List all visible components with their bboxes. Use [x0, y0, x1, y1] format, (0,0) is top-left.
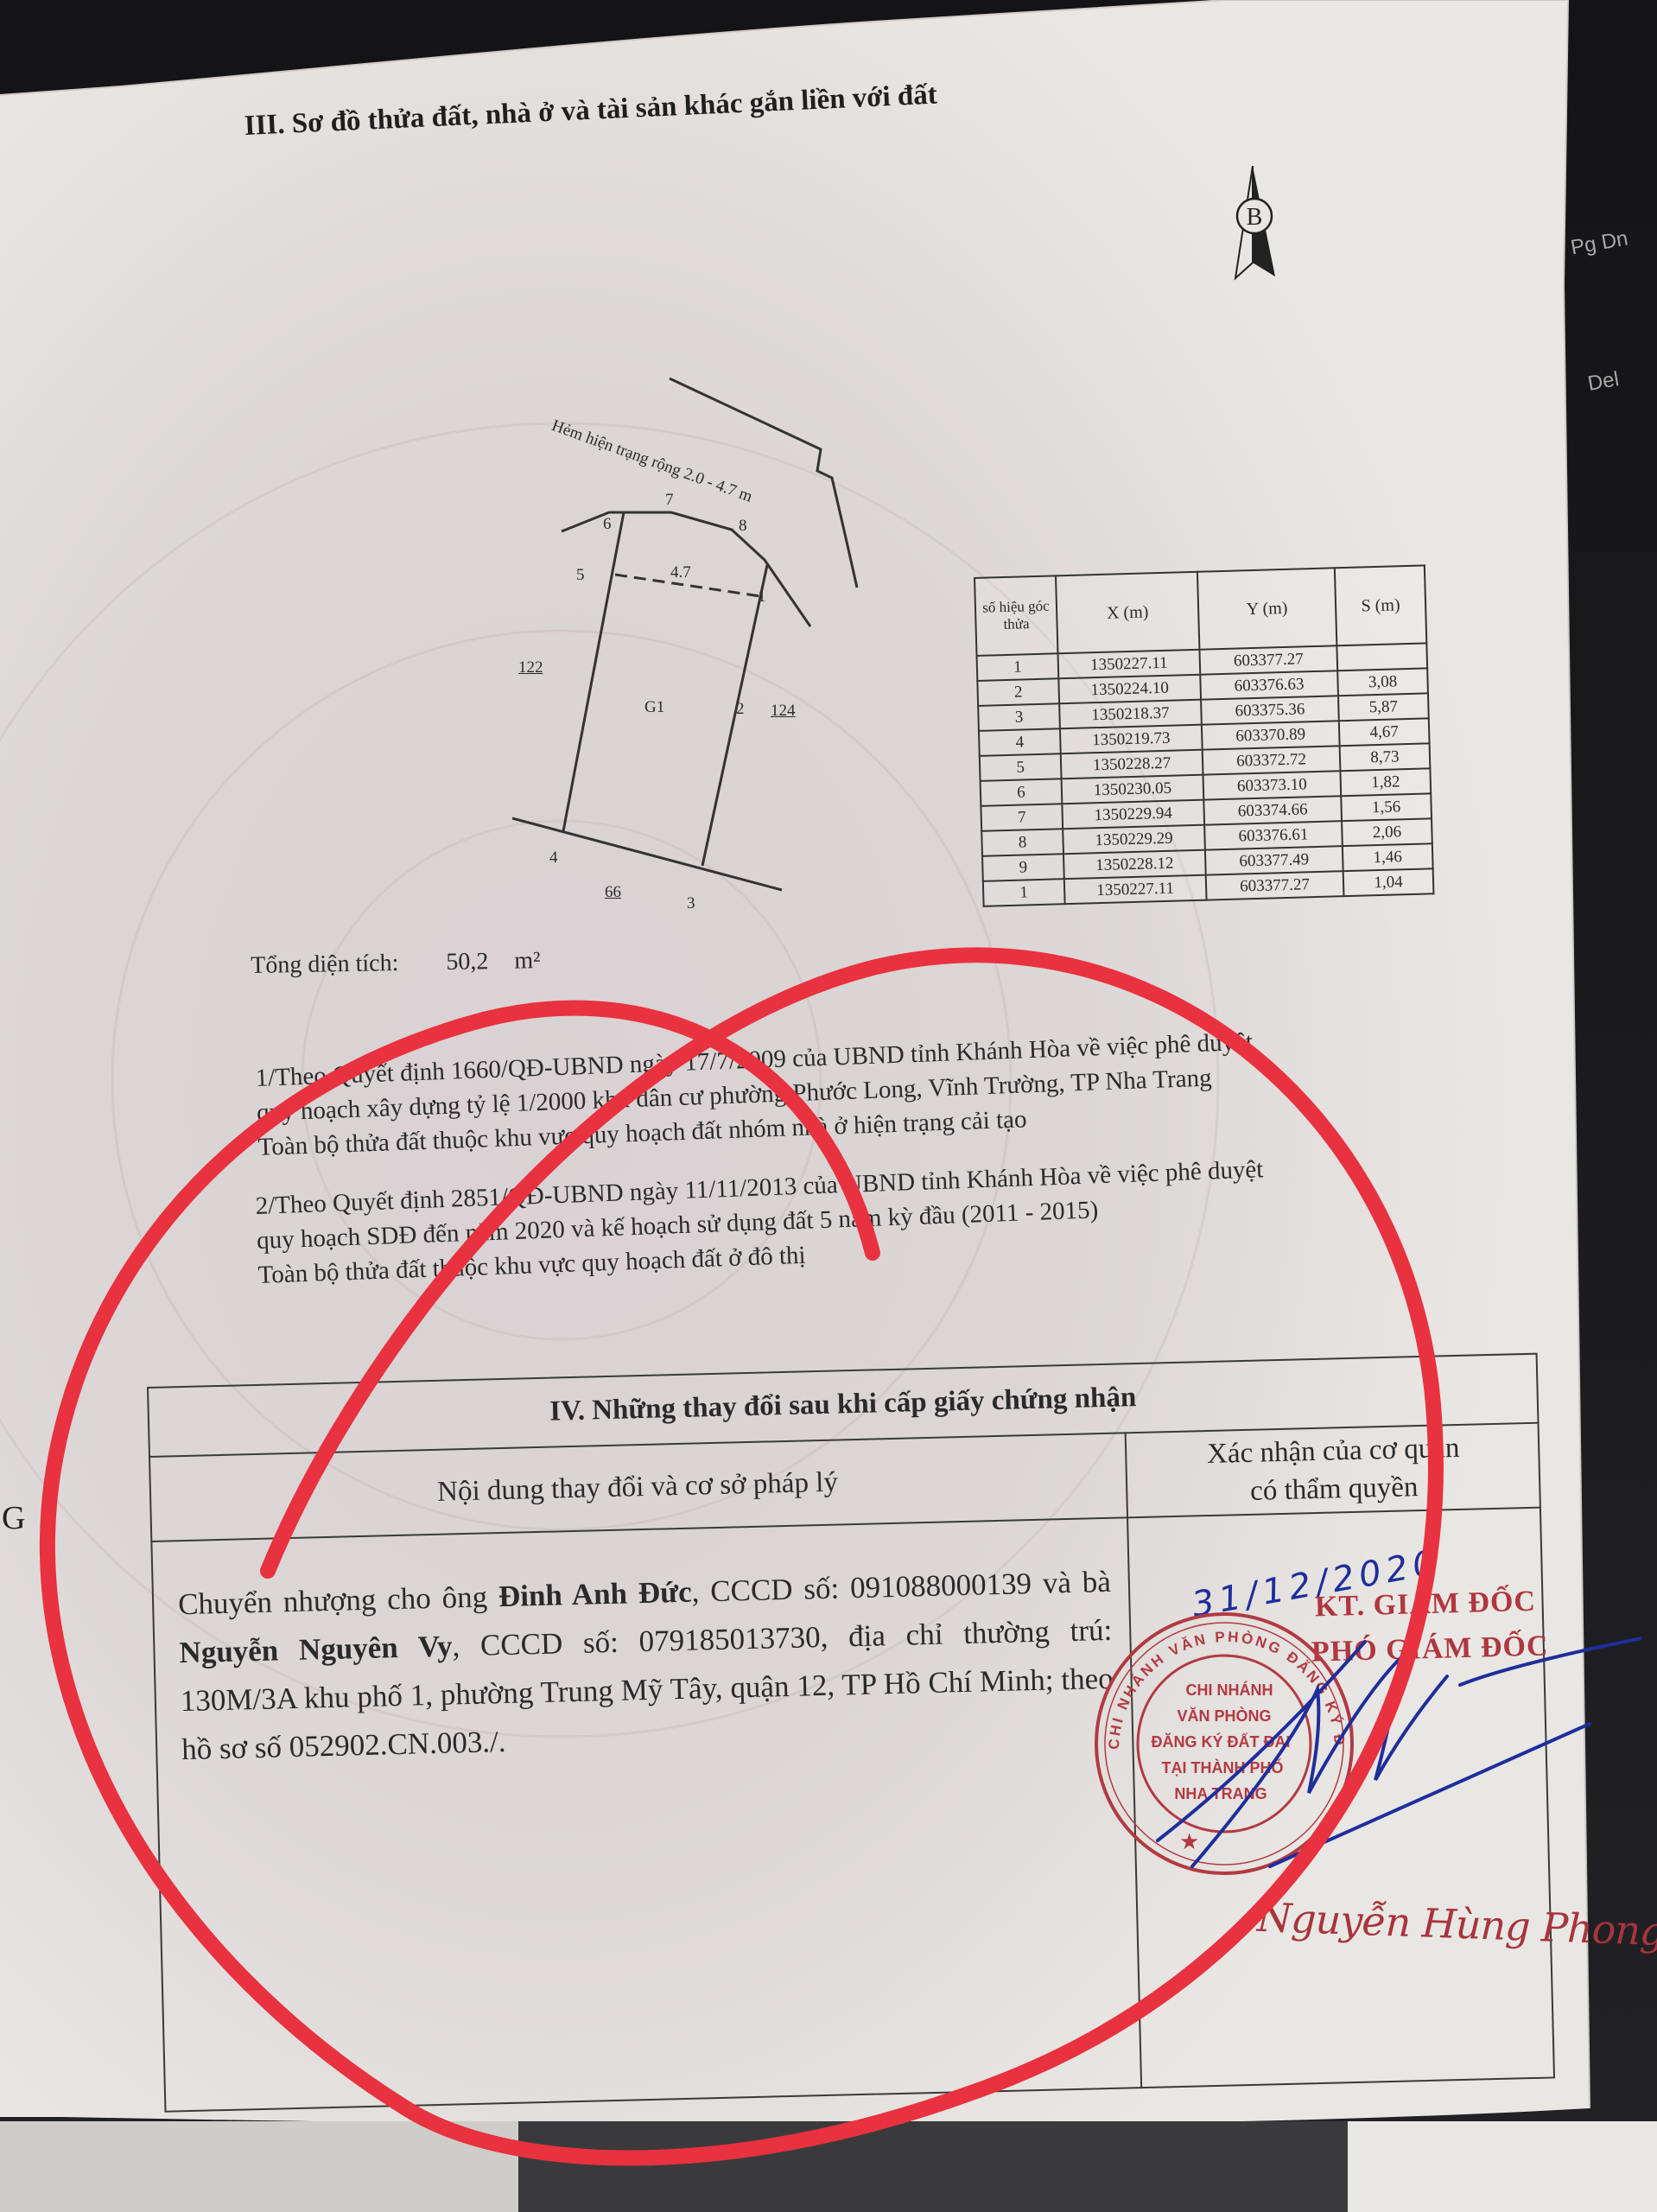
total-area: Tổng diện tích:50,2m²	[251, 947, 541, 980]
x-coordinate: 1350227.11	[1064, 875, 1207, 905]
corner-point-5: 5	[576, 566, 585, 585]
x-coordinate: 1350229.94	[1062, 800, 1204, 829]
table-header-row: số hiệu góc thửa X (m) Y (m) S (m)	[975, 565, 1426, 656]
edge-length: 3,08	[1337, 668, 1428, 696]
content-text: Chuyển nhượng cho ông	[178, 1580, 499, 1621]
edge-length: 5,87	[1338, 693, 1429, 721]
corner-point-8: 8	[739, 517, 747, 536]
signature-scribble	[1106, 1607, 1641, 1901]
corner-id: 2	[977, 678, 1059, 706]
corner-id: 5	[980, 753, 1062, 781]
corner-id: 4	[979, 728, 1061, 756]
buyer-name-1: Đinh Anh Đức	[498, 1575, 692, 1613]
x-coordinate: 1350218.37	[1059, 700, 1202, 729]
edge-length: 1,04	[1343, 868, 1434, 896]
x-coordinate: 1350227.11	[1058, 650, 1201, 679]
edge-length: 2,06	[1342, 818, 1432, 846]
corner-point-7: 7	[665, 491, 674, 510]
corner-id: 1	[977, 653, 1059, 681]
x-coordinate: 1350224.10	[1058, 675, 1201, 704]
neighbor-parcel-124: 124	[771, 702, 796, 721]
land-certificate-page: III. Sơ đồ thửa đất, nhà ở và tài sản kh…	[0, 0, 1657, 2212]
header-corner-id: số hiệu góc thửa	[975, 575, 1057, 656]
parcel-label: G1	[644, 698, 664, 717]
corner-id: 3	[978, 703, 1060, 731]
total-area-value: 50,2	[446, 948, 489, 976]
edge-length: 4,67	[1339, 718, 1430, 746]
y-coordinate: 603376.63	[1200, 671, 1338, 699]
corner-point-4: 4	[549, 849, 558, 868]
x-coordinate: 1350219.73	[1060, 725, 1203, 754]
corner-point-1: 1	[758, 588, 766, 607]
neighbor-parcel-122: 122	[518, 658, 543, 677]
x-coordinate: 1350228.12	[1063, 850, 1206, 880]
y-coordinate: 603375.36	[1201, 696, 1339, 724]
coordinates-table: số hiệu góc thửa X (m) Y (m) S (m) 11350…	[974, 564, 1434, 906]
header-x: X (m)	[1056, 572, 1199, 654]
y-coordinate: 603373.10	[1203, 771, 1341, 799]
x-coordinate: 1350228.27	[1061, 750, 1203, 779]
edge-length: 1,46	[1343, 843, 1433, 871]
total-area-unit: m²	[514, 947, 541, 975]
corner-id: 1	[983, 879, 1065, 906]
x-coordinate: 1350230.05	[1062, 775, 1204, 804]
header-y: Y (m)	[1197, 568, 1336, 649]
y-coordinate: 603372.72	[1203, 746, 1341, 774]
y-coordinate: 603377.27	[1206, 871, 1344, 899]
neighbor-parcel-66: 66	[605, 883, 621, 902]
header-s: S (m)	[1335, 565, 1426, 645]
y-coordinate: 603377.27	[1199, 645, 1337, 674]
change-content: Chuyển nhượng cho ông Đinh Anh Đức, CCCD…	[177, 1558, 1114, 1774]
x-coordinate: 1350229.29	[1063, 825, 1205, 855]
edge-length: 8,73	[1340, 743, 1431, 771]
corner-point-6: 6	[603, 515, 612, 534]
corner-point-3: 3	[687, 894, 695, 913]
edge-length: 1,82	[1340, 768, 1431, 796]
corner-id: 6	[981, 779, 1063, 806]
total-area-label: Tổng diện tích:	[251, 950, 399, 979]
margin-letter: G	[2, 1499, 25, 1537]
column-header-confirmation: Xác nhận của cơ quan có thẩm quyền	[1125, 1422, 1541, 1519]
corner-id: 8	[981, 829, 1063, 856]
content-text: , CCCD số: 091088000139 và bà	[691, 1565, 1111, 1609]
edge-length: 1,56	[1341, 793, 1432, 821]
corner-id: 7	[981, 804, 1063, 831]
y-coordinate: 603377.49	[1205, 846, 1343, 874]
edge-length	[1336, 643, 1427, 671]
corner-id: 9	[982, 854, 1064, 881]
y-coordinate: 603374.66	[1203, 796, 1342, 824]
buyer-name-2: Nguyễn Nguyên Vy	[179, 1629, 453, 1669]
corner-point-2: 2	[736, 700, 745, 719]
y-coordinate: 603370.89	[1202, 721, 1340, 749]
dimension-label: 4.7	[670, 563, 691, 582]
y-coordinate: 603376.61	[1204, 821, 1343, 849]
